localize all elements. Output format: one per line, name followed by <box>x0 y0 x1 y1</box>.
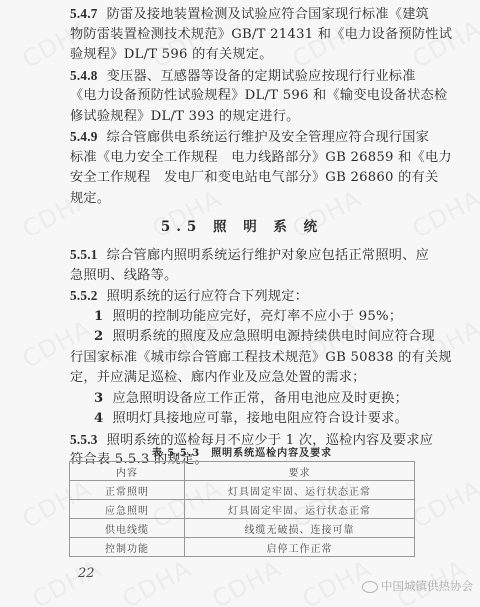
list-item-4: 4照明灯具接地应可靠，接地电阻应符合设计要求。 <box>70 409 414 430</box>
page-number: 22 <box>78 566 95 581</box>
body-text: 5.4.7防雷及接地装置检测及试验应符合国家现行标准《建筑 物防雷装置检测技术规… <box>70 4 414 471</box>
table-cell: 灯具固定牢固、运行状态正常 <box>185 481 415 500</box>
text-line: 行国家标准《城市综合管廊工程技术规范》GB 50838 的有关规 <box>70 348 414 369</box>
text-line: 规定。 <box>70 189 414 210</box>
table-row: 供电线缆 线缆无破损、连接可靠 <box>70 519 415 538</box>
table-caption: 表 5.5.3 照明系统巡检内容及要求 <box>70 444 414 459</box>
watermark: CDHA <box>408 184 480 243</box>
table-cell: 线缆无破损、连接可靠 <box>185 519 415 538</box>
text-line: 修试验规程》DL/T 393 的规定进行。 <box>70 107 414 128</box>
table-cell: 正常照明 <box>70 481 185 500</box>
text-line: 急照明、线路等。 <box>70 266 414 287</box>
watermark: CDHA <box>208 554 286 607</box>
clause-5-4-9: 5.4.9综合管廊供电系统运行维护及安全管理应符合现行国家 <box>70 127 414 148</box>
table-row: 控制功能 启停工作正常 <box>70 538 415 557</box>
list-item-2: 2照明系统的照度及应急照明电源持续供电时间应符合现 <box>70 327 414 348</box>
clause-5-5-1: 5.5.1综合管廊内照明系统运行维护对象应包括正常照明、应 <box>70 245 414 266</box>
table-cell: 应急照明 <box>70 500 185 519</box>
wechat-icon <box>362 581 378 593</box>
text-line: 《电力设备预防性试验规程》DL/T 596 和《输变电设备状态检 <box>70 86 414 107</box>
watermark: CDHA <box>408 474 480 533</box>
section-heading: 5.5 照 明 系 统 <box>70 217 414 237</box>
table-cell: 控制功能 <box>70 538 185 557</box>
clause-5-5-2: 5.5.2照明系统的运行应符合下列规定： <box>70 286 414 307</box>
table-cell: 启停工作正常 <box>185 538 415 557</box>
inspection-table: 内容 要求 正常照明 灯具固定牢固、运行状态正常 应急照明 灯具固定牢固、运行状… <box>69 461 415 557</box>
list-item-3: 3应急照明设备应工作正常，备用电池应及时更换； <box>70 389 414 410</box>
watermark: CDHA <box>408 14 480 73</box>
source-brand: 中国城镇供热协会 <box>362 578 473 594</box>
text-line: 安全工作规程 发电厂和变电站电气部分》GB 26860 的有关 <box>70 168 414 189</box>
table-row: 正常照明 灯具固定牢固、运行状态正常 <box>70 481 415 500</box>
table-cell: 灯具固定牢固、运行状态正常 <box>185 500 415 519</box>
document-page: 5.4.7防雷及接地装置检测及试验应符合国家现行标准《建筑 物防雷装置检测技术规… <box>0 0 480 607</box>
clause-5-4-7: 5.4.7防雷及接地装置检测及试验应符合国家现行标准《建筑 <box>70 4 414 25</box>
watermark: CDHA <box>118 554 196 607</box>
text-line: 定，并应满足巡检、廊内作业及应急处置的需求； <box>70 368 414 389</box>
table-cell: 供电线缆 <box>70 519 185 538</box>
table-header-row: 内容 要求 <box>70 462 415 481</box>
text-line: 验规程》DL/T 596 的有关规定。 <box>70 45 414 66</box>
column-header-content: 内容 <box>70 462 185 481</box>
list-item-1: 1照明的控制功能应完好，亮灯率不应小于 95%； <box>70 307 414 328</box>
text-line: 物防雷装置检测技术规范》GB/T 21431 和《电力设备预防性试 <box>70 25 414 46</box>
table-row: 应急照明 灯具固定牢固、运行状态正常 <box>70 500 415 519</box>
text-line: 标准《电力安全工作规程 电力线路部分》GB 26859 和《电力 <box>70 148 414 169</box>
column-header-requirement: 要求 <box>185 462 415 481</box>
clause-5-4-8: 5.4.8变压器、互感器等设备的定期试验应按现行行业标准 <box>70 66 414 87</box>
